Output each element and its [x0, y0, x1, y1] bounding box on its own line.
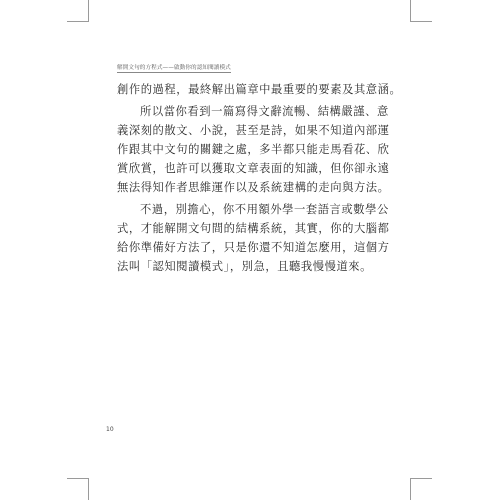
running-head: 解開文句的方程式——啟動你的認知閱讀模式	[117, 63, 231, 73]
paragraph-1: 創作的過程，最終解出篇章中最重要的要素及其意涵。	[117, 80, 360, 99]
text-line: 給你準備好方法了，只是你還不知道怎麼用，這個方	[117, 238, 360, 257]
crop-mark-top-right-vertical	[410, 0, 411, 21]
text-line: 法叫「認知閱讀模式」，別急，且聽我慢慢道來。	[117, 257, 360, 276]
text-line: 作跟其中文句的關鍵之處，多半都只能走馬看花、欣	[117, 140, 360, 159]
crop-mark-bottom-right-horizontal	[410, 478, 432, 479]
body-text: 創作的過程，最終解出篇章中最重要的要素及其意涵。 所以當你看到一篇寫得文辭流暢、…	[117, 80, 360, 276]
crop-mark-bottom-right-vertical	[410, 479, 411, 500]
text-line: 不過，別擔心，你不用額外學一套語言或數學公	[117, 200, 360, 219]
text-line: 無法得知作者思維運作以及系統建構的走向與方法。	[117, 178, 360, 197]
text-line: 創作的過程，最終解出篇章中最重要的要素及其意涵。	[117, 80, 360, 99]
paragraph-3: 不過，別擔心，你不用額外學一套語言或數學公 式，才能解開文句間的結構系統，其實，…	[117, 200, 360, 276]
crop-mark-top-left-horizontal	[67, 21, 89, 22]
crop-mark-bottom-left-vertical	[88, 479, 89, 500]
text-line: 所以當你看到一篇寫得文辭流暢、結構嚴謹、意	[117, 102, 360, 121]
paragraph-2: 所以當你看到一篇寫得文辭流暢、結構嚴謹、意 義深刻的散文、小說，甚至是詩，如果不…	[117, 102, 360, 197]
page-number: 10	[106, 426, 114, 433]
crop-mark-bottom-left-horizontal	[67, 478, 89, 479]
text-line: 義深刻的散文、小說，甚至是詩，如果不知道內部運	[117, 121, 360, 140]
crop-mark-top-left-vertical	[88, 0, 89, 21]
text-line: 賞欣賞，也許可以獲取文章表面的知識，但你卻永遠	[117, 159, 360, 178]
crop-mark-top-right-horizontal	[410, 21, 432, 22]
text-line: 式，才能解開文句間的結構系統，其實，你的大腦都	[117, 219, 360, 238]
